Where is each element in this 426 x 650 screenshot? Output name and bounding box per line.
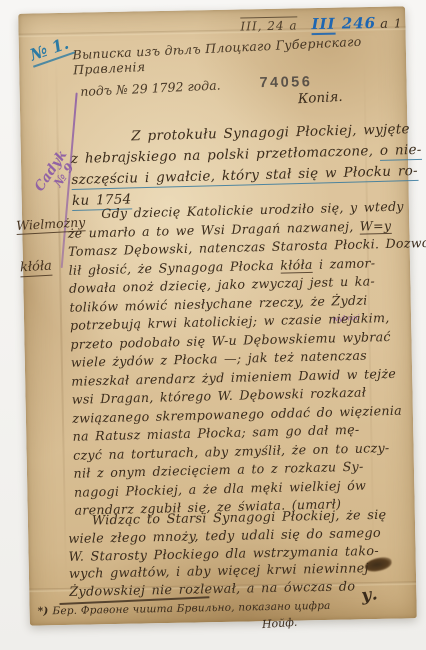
new-reference-digits: 246 [335,14,376,33]
manuscript-text-segment: Żydowskiej nie rozlewał, a na ówczas do [69,580,355,600]
footnote-signature: Нойф. [261,616,297,631]
russian-header: Выписка изъ дѣлъ Плоцкаго Губернскаго Пр… [72,32,404,99]
page-number: 1 [394,16,402,30]
corner-number-label: № 1. [26,33,74,68]
old-reference-number: III, 24 a [240,16,297,33]
manuscript-text-segment: i zamor- [312,255,375,272]
manuscript-text-segment: kłóła [280,256,313,273]
paraph-mark: у. [360,584,378,606]
manuscript-paper: III, 24 aIII 246a1 № 1. Выписка изъ дѣлъ… [18,6,417,625]
manuscript-text-segment: lił głosić, że Synagoga Płocka [68,257,280,277]
manuscript-text-segment: W=y [360,217,392,234]
archival-reference-row: III, 24 aIII 246a1 [240,12,401,34]
new-reference-roman: III [311,15,335,35]
paper-crease-left [55,61,67,581]
manuscript-paragraph-main: Gdy dziecię Katolickie urodziło się, y w… [67,197,426,520]
footnote-marker: *) [38,605,49,617]
reference-suffix: a [380,17,388,32]
manuscript-text-segment: o nie- [380,142,422,161]
margin-note-klola: kłóła [20,259,53,278]
new-reference-number: III 246 [311,14,376,33]
photo-of-archival-document: { "refs": { "old": "III, 24 a", "new_rom… [0,0,426,650]
manuscript-paragraph-closing: Widząc to Starsi Synagogi Płockiej, że s… [68,507,388,602]
copy-label: Копія. [297,89,343,107]
stamp-number: 74056 [259,74,312,91]
